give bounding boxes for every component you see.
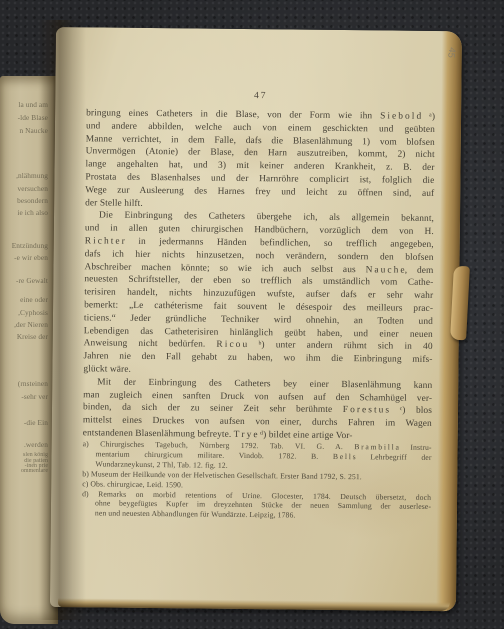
facing-page-fragment: nlähmung,: [0, 171, 48, 180]
bookmark-tab: [450, 266, 470, 341]
facing-page-fragment: sehr ver-: [0, 392, 48, 401]
footnotes: a) Chirurgisches Tagebuch, Nürnberg 1792…: [82, 439, 432, 522]
page-number: 47: [86, 89, 435, 103]
facing-page-fragment: la und am: [0, 100, 48, 109]
facing-page-fragment: n Naucke: [0, 126, 48, 135]
facing-page-fragments: la und amlde Blase-n Nauckenlähmung,vers…: [0, 0, 52, 629]
facing-page-fragment: Kreise der: [0, 332, 48, 341]
pencil-page-mark: 45: [445, 47, 457, 59]
facing-page-fragment: Entzündung: [0, 241, 48, 250]
facing-page-fragment: versuchen: [0, 184, 48, 193]
facing-page-fragment: besondern: [0, 196, 48, 205]
facing-page-fragment: der Nieren,: [0, 320, 48, 329]
facing-page-fragment: die Ein-: [0, 418, 48, 427]
book-page: 47 bringung eines Catheters in die Blase…: [50, 27, 462, 611]
page-stack-bottom-edge: [58, 598, 450, 611]
facing-page-fragment: eine oder: [0, 295, 48, 304]
facing-page-fragment: ie ich also: [0, 208, 48, 217]
facing-page-fragment: Cyphosis,: [0, 308, 48, 317]
facing-page-fragment: e wir eben-: [0, 253, 48, 262]
facing-page-fragment: re Gewalt-: [0, 276, 48, 285]
facing-page-fragment: lde Blase-: [0, 113, 48, 122]
facing-page-fragment: ommentare: [0, 468, 48, 474]
facing-page-fragment: rnsteinen): [0, 379, 48, 388]
facing-page-fragment: werden.: [0, 440, 48, 449]
book-photo: la und amlde Blase-n Nauckenlähmung,vers…: [0, 0, 504, 629]
main-text: bringung eines Catheters in die Blase, v…: [83, 107, 435, 443]
